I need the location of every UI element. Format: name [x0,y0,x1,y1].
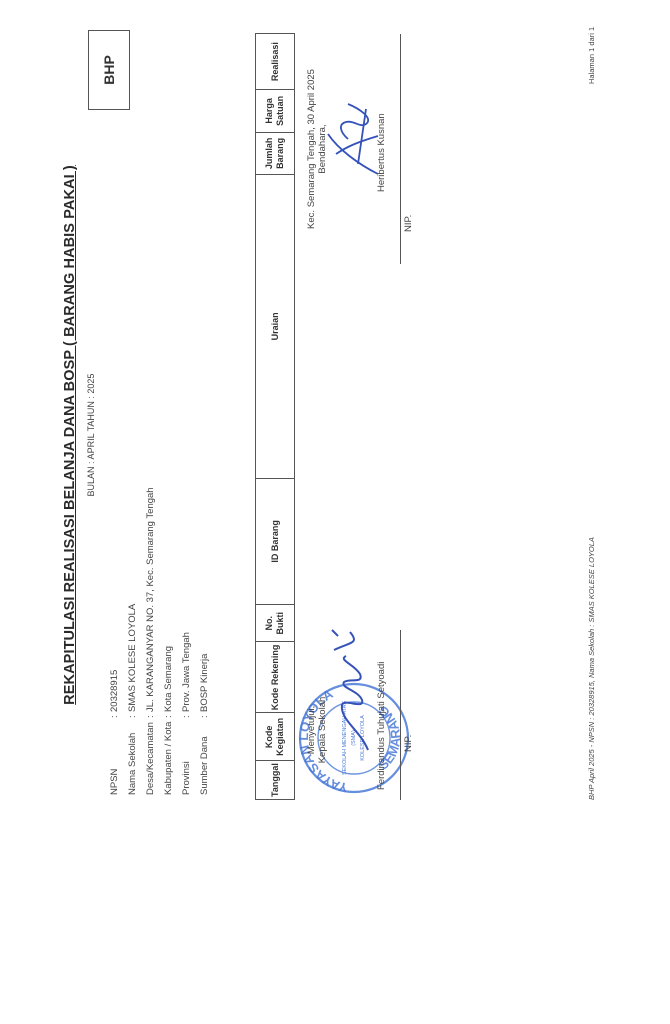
name-kepala-sekolah: Ferdinandus Tuhujati Setyoadi [376,662,387,790]
info-row-npsn: NPSN:20328915 [106,670,124,795]
info-value: JL. KARANGANYAR NO. 37, Kec. Semarang Te… [145,487,156,712]
col-kode-rekening: Kode Rekening [256,642,295,713]
col-jumlah-barang: JumlahBarang [256,132,295,175]
info-label: Sumber Dana [196,718,214,795]
rekap-table: Tanggal KodeKegiatan Kode Rekening No.Bu… [255,33,295,800]
info-row-kabupaten-kota: Kabupaten / Kota:Kota Semarang [160,646,178,795]
document-subtitle: BULAN : APRIL TAHUN : 2025 [86,150,96,720]
nip-bendahara: NIP. [403,215,414,232]
signature-line-right [400,34,401,264]
document-title: REKAPITULASI REALISASI BELANJA DANA BOSP… [62,150,78,720]
info-colon: : [160,712,178,718]
signature-block-kepala-sekolah: YAYASAN LOYOLA SEMARANG SEKOLAH MENENGAH… [300,600,410,800]
col-harga-satuan: HargaSatuan [256,90,295,132]
col-no-bukti: No.Bukti [256,605,295,642]
footer-document-info: BHP April 2025 - NPSN : 20328915, Nama S… [587,537,596,800]
col-tanggal: Tanggal [256,761,295,800]
bhp-badge-label: BHP [101,55,117,85]
nip-kepala-sekolah: NIP. [403,735,414,752]
info-label: Kabupaten / Kota [160,718,178,795]
info-row-desa-kecamatan: Desa/Kecamatan:JL. KARANGANYAR NO. 37, K… [142,487,160,795]
col-uraian: Uraian [256,175,295,478]
info-value: BOSP Kinerja [199,654,210,712]
approval-label: Menyetujui, [306,680,317,780]
name-bendahara: Heribertus Kusnan [376,113,387,192]
info-row-sumber-dana: Sumber Dana:BOSP Kinerja [196,654,214,795]
signature-line-left [400,630,401,800]
table-header-row: Tanggal KodeKegiatan Kode Rekening No.Bu… [256,34,295,800]
footer-page-number: Halaman 1 dari 1 [587,27,596,84]
info-value: 20328915 [109,670,120,712]
info-colon: : [124,712,142,718]
info-colon: : [142,712,160,718]
place-date: Kec. Semarang Tengah, 30 April 2025 [306,34,317,264]
info-value: Kota Semarang [163,646,174,712]
info-label: Desa/Kecamatan [142,718,160,795]
info-value: Prov. Jawa Tengah [181,632,192,712]
col-realisasi: Realisasi [256,34,295,90]
info-label: NPSN [106,718,124,795]
info-colon: : [178,712,196,718]
info-colon: : [106,712,124,718]
info-colon: : [196,712,214,718]
signature-block-bendahara: Kec. Semarang Tengah, 30 April 2025 Bend… [300,34,410,264]
info-value: SMAS KOLESE LOYOLA [127,604,138,712]
bhp-badge: BHP [88,30,130,110]
info-row-nama-sekolah: Nama Sekolah:SMAS KOLESE LOYOLA [124,604,142,795]
col-kode-kegiatan: KodeKegiatan [256,713,295,761]
info-row-provinsi: Provinsi:Prov. Jawa Tengah [178,632,196,795]
info-label: Nama Sekolah [124,718,142,795]
info-label: Provinsi [178,718,196,795]
document-page: REKAPITULASI REALISASI BELANJA DANA BOSP… [0,0,670,1024]
col-id-barang: ID Barang [256,478,295,604]
